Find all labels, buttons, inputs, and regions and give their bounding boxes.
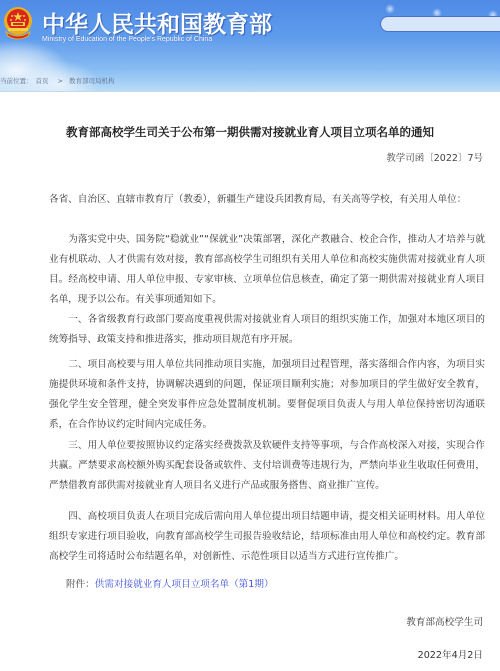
article-title: 教育部高校学生司关于公布第一期供需对接就业育人项目立项名单的通知 bbox=[0, 124, 500, 140]
paragraph-2: 二、项目高校要与用人单位共同推动项目实施，加强项目过程管理，落实落细合作内容，为… bbox=[49, 355, 485, 435]
breadcrumb-item-departments[interactable]: 教育部司局机构 bbox=[69, 77, 115, 85]
attachment-label: 附件： bbox=[66, 579, 95, 590]
site-subtitle: Ministry of Education of the People's Re… bbox=[42, 36, 212, 43]
paragraph-4: 四、高校项目负责人在项目完成后需向用人单位提出项目结题申请，提交相关证明材料。用… bbox=[49, 507, 485, 567]
breadcrumb-separator: > bbox=[58, 77, 63, 85]
signature: 教育部高校学生司 bbox=[406, 614, 483, 628]
breadcrumb-item-home[interactable]: 首页 bbox=[36, 77, 49, 85]
search-input[interactable] bbox=[380, 16, 500, 32]
attachment-link[interactable]: 供需对接就业育人项目立项名单（第1期） bbox=[95, 579, 274, 590]
breadcrumb-label: 当前位置： bbox=[0, 77, 33, 85]
paragraph-intro: 为落实党中央、国务院“稳就业”“保就业”决策部署，深化产教融合、校企合作，推动人… bbox=[49, 230, 485, 310]
dandelion-decoration bbox=[385, 4, 395, 14]
site-title[interactable]: 中华人民共和国教育部 bbox=[42, 6, 272, 39]
attachment: 附件：供需对接就业育人项目立项名单（第1期） bbox=[66, 575, 274, 595]
salutation: 各省、自治区、直辖市教育厅（教委），新疆生产建设兵团教育局，有关高等学校，有关用… bbox=[49, 190, 485, 210]
publish-date: 2022年4月2日 bbox=[418, 647, 483, 661]
document-number: 教学司函〔2022〕7号 bbox=[386, 150, 483, 164]
paragraph-3: 三、用人单位要按照协议约定落实经费拨款及软硬件支持等事项，与合作高校深入对接，实… bbox=[49, 436, 485, 496]
paragraph-1: 一、各省级教育行政部门要高度重视供需对接就业育人项目的组织实施工作，加强对本地区… bbox=[49, 310, 485, 350]
site-header: 中华人民共和国教育部 Ministry of Education of the … bbox=[0, 0, 500, 92]
breadcrumb: 当前位置：首页>教育部司局机构 bbox=[0, 76, 117, 85]
national-emblem-icon[interactable] bbox=[2, 6, 34, 42]
